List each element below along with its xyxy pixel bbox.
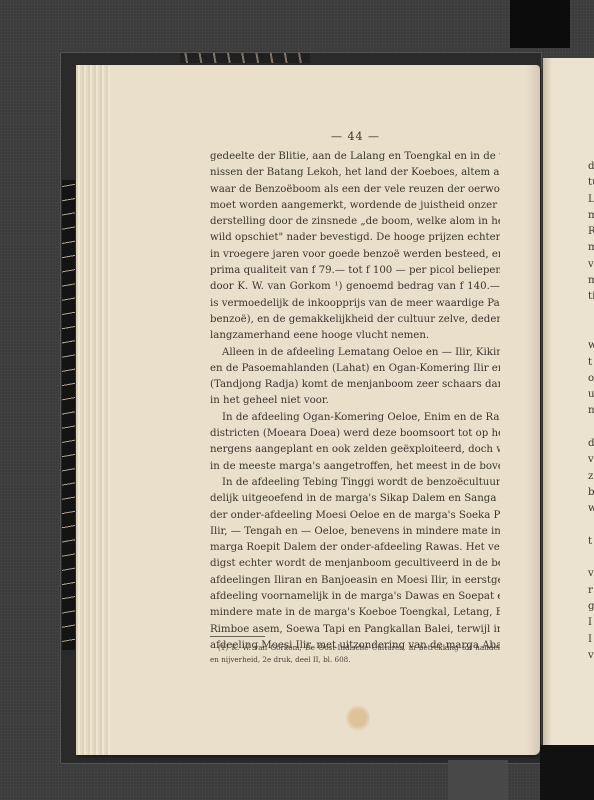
text-line: en de Pasoemahlanden (Lahat) en Ogan-Kom…	[210, 361, 500, 377]
text-line: in de meeste marga's aangetroffen, het m…	[210, 459, 500, 475]
body-text: gedeelte der Blitie, aan de Lalang en To…	[210, 149, 500, 654]
text-fragment: v	[588, 452, 594, 468]
text-line: Ilir, — Tengah en — Oeloe, benevens in m…	[210, 524, 500, 540]
facing-page-text-fragments: de tu L m R m v m ti w t o u n d v z b w…	[588, 159, 594, 664]
text-fragment: o	[588, 371, 594, 387]
text-line: (Tandjong Radja) komt de menjanboom zeer…	[210, 377, 500, 393]
text-fragment	[588, 322, 594, 338]
text-fragment: m	[588, 273, 594, 289]
background-shadow	[510, 0, 570, 48]
facing-page: de tu L m R m v m ti w t o u n d v z b w…	[543, 58, 594, 750]
text-fragment: z	[588, 469, 594, 485]
text-fragment: r	[588, 583, 594, 599]
text-line: in vroegere jaren voor goede benzoë werd…	[210, 247, 500, 263]
text-line: nergens aangeplant en ook zelden geëxplo…	[210, 442, 500, 458]
text-fragment: d	[588, 436, 594, 452]
text-line: In de afdeeling Ogan-Komering Oeloe, Eni…	[210, 410, 500, 426]
text-fragment: u	[588, 387, 594, 403]
text-fragment: tu	[588, 175, 594, 191]
text-line: digst echter wordt de menjanboom geculti…	[210, 556, 500, 572]
text-fragment: I	[588, 615, 594, 631]
text-fragment: w	[588, 501, 594, 517]
text-fragment: t	[588, 355, 594, 371]
text-line: wild opschiet" nader bevestigd. De hooge…	[210, 230, 500, 246]
text-line: moet worden aangemerkt, wordende de juis…	[210, 198, 500, 214]
text-line: der onder-afdeeling Moesi Oeloe en de ma…	[210, 508, 500, 524]
text-fragment: b	[588, 485, 594, 501]
text-line: gedeelte der Blitie, aan de Lalang en To…	[210, 149, 500, 165]
text-fragment: R	[588, 224, 594, 240]
text-line: nissen der Batang Lekoh, het land der Ko…	[210, 165, 500, 181]
text-line: marga Roepit Dalem der onder-afdeeling R…	[210, 540, 500, 556]
page-gutter-shadow	[526, 65, 540, 755]
text-line: langzamerhand eene hooge vlucht nemen.	[210, 328, 500, 344]
text-line: mindere mate in de marga's Koeboe Toengk…	[210, 605, 500, 621]
text-fragment: n	[588, 403, 594, 419]
text-fragment: v	[588, 648, 594, 664]
background-strip	[448, 760, 508, 800]
text-fragment: v	[588, 257, 594, 273]
text-fragment: g	[588, 599, 594, 615]
text-fragment: I	[588, 632, 594, 648]
footnote-line: (1) K. W. van Gorkom, De Oost-Indische C…	[210, 642, 500, 654]
text-line: derstelling door de zinsnede „de boom, w…	[210, 214, 500, 230]
paragraph-1: gedeelte der Blitie, aan de Lalang en To…	[210, 149, 500, 345]
text-line: door K. W. van Gorkom ¹) genoemd bedrag …	[210, 279, 500, 295]
page-number: — 44 —	[76, 130, 540, 143]
paragraph-2: Alleen in de afdeeling Lematang Oeloe en…	[210, 345, 500, 410]
footnote-rule	[210, 636, 265, 637]
facing-cover-board	[540, 745, 594, 800]
foxing-stain	[346, 705, 370, 731]
text-fragment: m	[588, 240, 594, 256]
text-fragment: w	[588, 338, 594, 354]
text-line: benzoë), en de gemakkelijkheid der cultu…	[210, 312, 500, 328]
footnote-line: en nijverheid, 2e druk, deel II, bl. 608…	[210, 654, 500, 666]
left-page: — 44 — gedeelte der Blitie, aan de Lalan…	[76, 65, 540, 755]
text-fragment: L	[588, 192, 594, 208]
text-fragment	[588, 306, 594, 322]
text-fragment	[588, 518, 594, 534]
text-fragment: m	[588, 208, 594, 224]
text-fragment	[588, 420, 594, 436]
text-line: in het geheel niet voor.	[210, 393, 500, 409]
text-fragment: de	[588, 159, 594, 175]
text-line: waar de Benzoëboom als een der vele reuz…	[210, 182, 500, 198]
text-line: is vermoedelijk de inkoopprijs van de me…	[210, 296, 500, 312]
text-line: delijk uitgeoefend in de marga's Sikap D…	[210, 491, 500, 507]
text-fragment: ti	[588, 289, 594, 305]
paragraph-3: In de afdeeling Ogan-Komering Oeloe, Eni…	[210, 410, 500, 475]
paragraph-4: In de afdeeling Tebing Tinggi wordt de b…	[210, 475, 500, 654]
cover-marbled-edge-left	[62, 180, 75, 650]
text-fragment: v	[588, 566, 594, 582]
text-line: Alleen in de afdeeling Lematang Oeloe en…	[210, 345, 500, 361]
text-line: districten (Moeara Doea) werd deze booms…	[210, 426, 500, 442]
text-fragment	[588, 550, 594, 566]
text-fragment: t	[588, 534, 594, 550]
text-line: afdeeling voornamelijk in de marga's Daw…	[210, 589, 500, 605]
text-line: In de afdeeling Tebing Tinggi wordt de b…	[210, 475, 500, 491]
text-line: afdeelingen Iliran en Banjoeasin en Moes…	[210, 573, 500, 589]
footnote: (1) K. W. van Gorkom, De Oost-Indische C…	[210, 642, 500, 665]
cover-marbled-edge-top	[180, 53, 310, 63]
page-edges	[76, 65, 110, 755]
text-line: prima qualiteit van f 79.— tot f 100 — p…	[210, 263, 500, 279]
